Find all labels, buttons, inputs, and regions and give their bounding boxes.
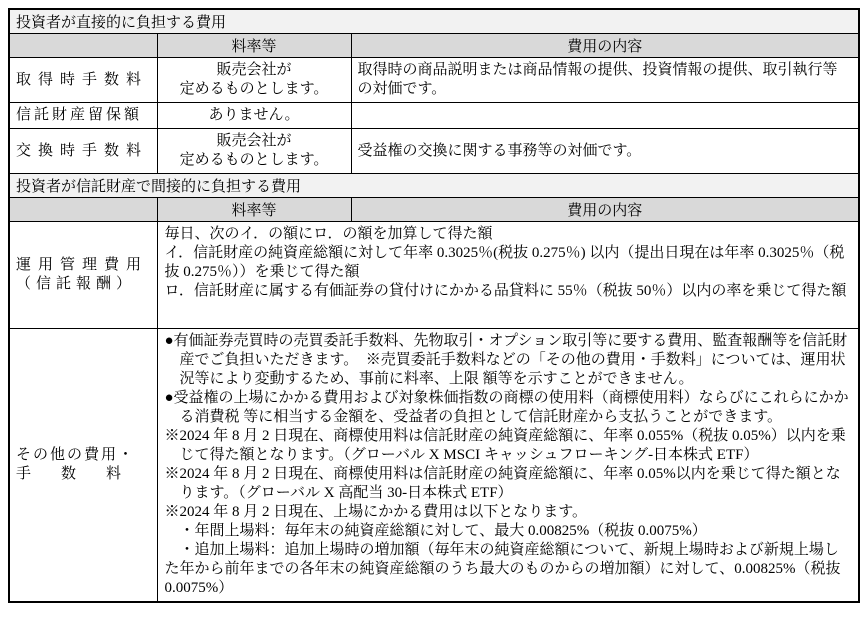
management-fee-label: 運用管理費用 （信託報酬） (9, 222, 157, 329)
management-fee-item-i: イ．信託財産の純資産総額に対して年率 0.3025％(税抜 0.275％) 以内… (165, 244, 852, 282)
section1-title: 投資者が直接的に負担する費用 (9, 9, 859, 34)
fee-table: 投資者が直接的に負担する費用 料率等 費用の内容 取得時手数料 販売会社が 定め… (8, 8, 860, 603)
section2-description-column-header: 費用の内容 (351, 198, 859, 222)
reserve-amount-description (351, 103, 859, 129)
management-fee-intro: 毎日、次のイ．の額にロ．の額を加算して得た額 (165, 225, 852, 244)
table-row-exchange-fee: 交換時手数料 販売会社が 定めるものとします。 受益権の交換に関する事務等の対価… (9, 129, 859, 174)
exchange-fee-rate: 販売会社が 定めるものとします。 (157, 129, 351, 174)
section2-corner-cell (9, 198, 157, 222)
other-fees-bullet2: ●受益権の上場にかかる費用および対象株価指数の商標の使用料（商標使用料）ならびに… (165, 389, 852, 427)
section1-header-row: 料率等 費用の内容 (9, 34, 859, 58)
acquisition-fee-label: 取得時手数料 (9, 58, 157, 103)
exchange-fee-label: 交換時手数料 (9, 129, 157, 174)
management-fee-label-line2: （信託報酬） (16, 275, 151, 294)
management-fee-item-ro: ロ．信託財産に属する有価証券の貸付けにかかる品貸料に 55％（税抜 50％）以内… (165, 282, 852, 301)
table-row-management-fee: 運用管理費用 （信託報酬） 毎日、次のイ．の額にロ．の額を加算して得た額 イ．信… (9, 222, 859, 329)
table-row-other-fees: その他の費用・ 手 数 料 ●有価証券売買時の売買委託手数料、先物取引・オプショ… (9, 329, 859, 603)
other-fees-label: その他の費用・ 手 数 料 (9, 329, 157, 603)
other-fees-listing-item1: ・年間上場料：毎年末の純資産総額に対して、最大 0.00825%（税抜 0.00… (165, 522, 852, 541)
other-fees-label-line2: 手 数 料 (16, 465, 151, 484)
fee-document-page: 投資者が直接的に負担する費用 料率等 費用の内容 取得時手数料 販売会社が 定め… (8, 8, 860, 603)
section2-title: 投資者が信託財産で間接的に負担する費用 (9, 174, 859, 198)
other-fees-label-line1: その他の費用・ (16, 446, 151, 465)
other-fees-note1: ※2024 年 8 月 2 日現在、商標使用料は信託財産の純資産総額に、年率 0… (165, 427, 852, 465)
acquisition-fee-rate-line2: 定めるものとします。 (164, 80, 345, 99)
section1-title-row: 投資者が直接的に負担する費用 (9, 9, 859, 34)
section2-rate-column-header: 料率等 (157, 198, 351, 222)
section1-description-column-header: 費用の内容 (351, 34, 859, 58)
exchange-fee-rate-line2: 定めるものとします。 (164, 151, 345, 170)
section2-title-row: 投資者が信託財産で間接的に負担する費用 (9, 174, 859, 198)
exchange-fee-description: 受益権の交換に関する事務等の対価です。 (351, 129, 859, 174)
table-row-reserve-amount: 信託財産留保額 ありません。 (9, 103, 859, 129)
other-fees-bullet1: ●有価証券売買時の売買委託手数料、先物取引・オプション取引等に要する費用、監査報… (165, 332, 852, 389)
reserve-amount-rate: ありません。 (157, 103, 351, 129)
acquisition-fee-rate-line1: 販売会社が (164, 61, 345, 80)
other-fees-listing-item2: ・追加上場料：追加上場時の増加額（毎年末の純資産総額について、新規上場時および新… (165, 541, 852, 598)
exchange-fee-rate-line1: 販売会社が (164, 132, 345, 151)
section2-header-row: 料率等 費用の内容 (9, 198, 859, 222)
section1-rate-column-header: 料率等 (157, 34, 351, 58)
other-fees-note2: ※2024 年 8 月 2 日現在、商標使用料は信託財産の純資産総額に、年率 0… (165, 465, 852, 503)
acquisition-fee-description: 取得時の商品説明または商品情報の提供、投資情報の提供、取引執行等の対価です。 (351, 58, 859, 103)
section1-corner-cell (9, 34, 157, 58)
reserve-amount-label: 信託財産留保額 (9, 103, 157, 129)
table-row-acquisition-fee: 取得時手数料 販売会社が 定めるものとします。 取得時の商品説明または商品情報の… (9, 58, 859, 103)
management-fee-content: 毎日、次のイ．の額にロ．の額を加算して得た額 イ．信託財産の純資産総額に対して年… (157, 222, 859, 329)
acquisition-fee-rate: 販売会社が 定めるものとします。 (157, 58, 351, 103)
other-fees-note3: ※2024 年 8 月 2 日現在、上場にかかる費用は以下となります。 (165, 503, 852, 522)
management-fee-label-line1: 運用管理費用 (16, 256, 151, 275)
other-fees-content: ●有価証券売買時の売買委託手数料、先物取引・オプション取引等に要する費用、監査報… (157, 329, 859, 603)
